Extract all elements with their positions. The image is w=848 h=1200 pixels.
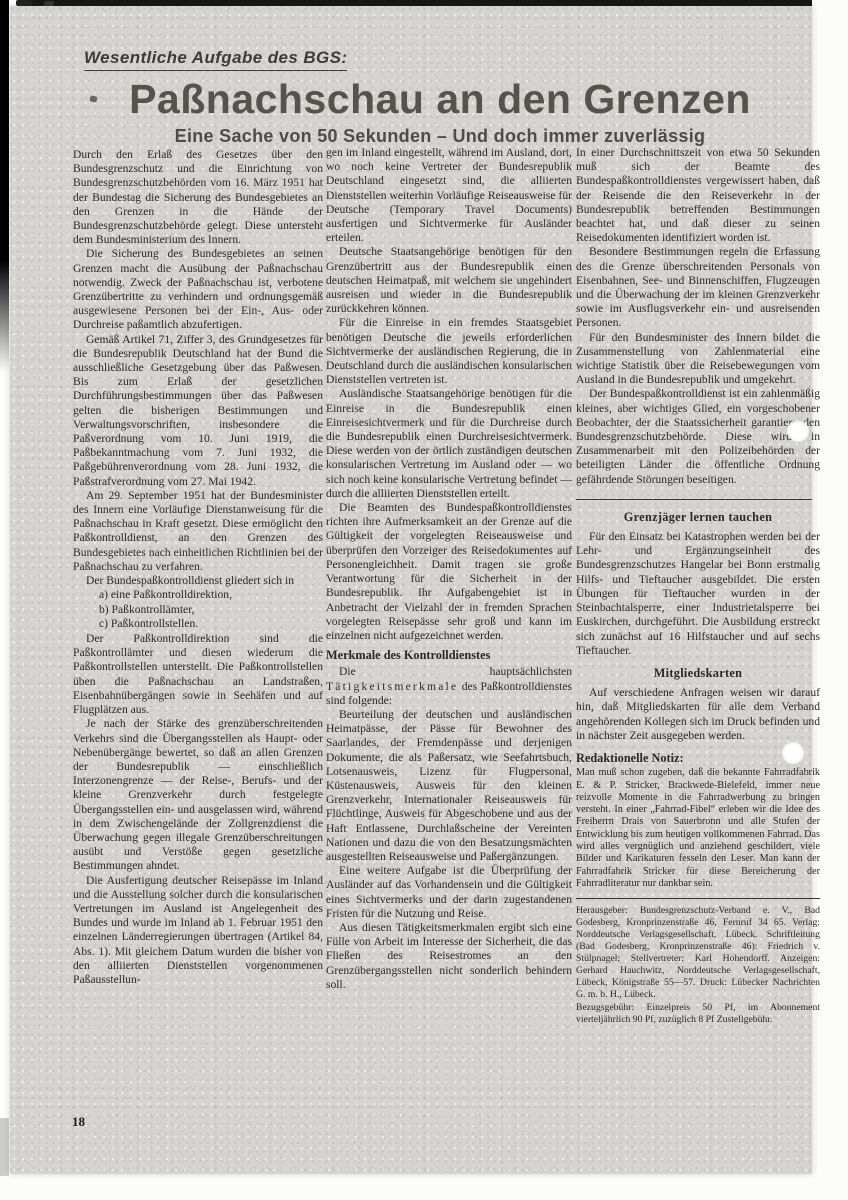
paragraph: Die Sicherung des Bundesgebietes an sein…	[73, 247, 323, 332]
imprint-publisher: Herausgeber: Bundesgrenzschutz-Verband e…	[576, 905, 820, 1000]
paragraph: Für die Einreise in ein fremdes Staatsge…	[326, 316, 572, 387]
paragraph: gen im Inland eingestellt, während im Au…	[326, 146, 572, 245]
paragraph: Die hauptsächlichsten Tätigkeitsmerkmale…	[326, 665, 572, 708]
paragraph: Der Bundespaßkontrolldienst ist ein zahl…	[576, 387, 820, 486]
column-1: Durch den Erlaß des Gesetzes über den Bu…	[73, 148, 323, 987]
section-heading-merkmale: Merkmale des Kontrolldienstes	[326, 648, 572, 662]
scan-edge-left-faint	[0, 1118, 9, 1176]
paragraph: Je nach der Stärke des grenzüberschreite…	[73, 717, 323, 873]
kicker: Wesentliche Aufgabe des BGS:	[84, 48, 347, 71]
paragraph: In einer Durchschnittszeit von etwa 50 S…	[576, 146, 820, 245]
ink-blot	[89, 95, 97, 102]
page-number: 18	[72, 1114, 85, 1130]
list-item: c) Paßkontrollstellen.	[73, 617, 323, 632]
intro-prefix: Die hauptsächlichsten	[339, 665, 572, 678]
paragraph: Man muß schon zugeben, daß die bekannte …	[576, 767, 820, 890]
scan-artifact	[44, 1, 54, 6]
paragraph: Für den Bundesminister des Innern bildet…	[576, 331, 820, 388]
imprint-price: Bezugsgebühr: Einzelpreis 50 Pf, im Abon…	[576, 1002, 820, 1026]
paragraph: Die Ausfertigung deutscher Reisepässe im…	[73, 874, 323, 988]
paragraph: Besondere Bestimmungen regeln die Erfass…	[576, 245, 820, 330]
paragraph: Auf verschiedene Anfragen weisen wir dar…	[576, 686, 820, 743]
paragraph: Für den Einsatz bei Katastrophen werden …	[576, 530, 820, 658]
paragraph: Ausländische Staatsangehörige benötigen …	[326, 387, 572, 501]
column-3: In einer Durchschnittszeit von etwa 50 S…	[576, 146, 820, 1026]
paragraph: Die Beamten des Bundespaßkontrolldienste…	[326, 501, 572, 643]
intro-spaced-word: Tätigkeitsmerkmale	[326, 680, 458, 693]
punch-hole	[787, 420, 809, 442]
paragraph: Durch den Erlaß des Gesetzes über den Bu…	[73, 148, 323, 247]
scan-edge-top	[24, 0, 812, 6]
paragraph: Der Bundespaßkontrolldienst gliedert sic…	[73, 574, 323, 588]
paragraph: Deutsche Staatsangehörige benötigen für …	[326, 245, 572, 316]
paragraph: Am 29. September 1951 hat der Bundesmini…	[73, 489, 323, 574]
scanned-magazine-page: { "colors": { "paper": "#d6d4d0", "ink":…	[0, 0, 848, 1200]
scan-edge-left	[0, 0, 9, 372]
list-item: a) eine Paßkontrolldirektion,	[73, 588, 323, 603]
section-heading-tauchen: Grenzjäger lernen tauchen	[576, 510, 820, 524]
scan-artifact	[16, 0, 32, 6]
paragraph: Gemäß Artikel 71, Ziffer 3, des Grundges…	[73, 333, 323, 489]
paragraph: Eine weitere Aufgabe ist die Überprüfung…	[326, 864, 572, 921]
paragraph: Der Paßkontrolldirektion sind die Paßkon…	[73, 632, 323, 717]
section-divider	[576, 499, 812, 500]
list-item: b) Paßkontrollämter,	[73, 603, 323, 618]
page-subtitle: Eine Sache von 50 Sekunden – Und doch im…	[110, 126, 770, 147]
imprint-divider	[576, 898, 820, 899]
paragraph: Aus diesen Tätigkeitsmerkmalen ergibt si…	[326, 921, 572, 992]
paragraph: Beurteilung der deutschen und ausländisc…	[326, 708, 572, 864]
paper-sheet: Wesentliche Aufgabe des BGS: Paßnachscha…	[10, 6, 812, 1174]
punch-hole	[782, 742, 804, 764]
page-title: Paßnachschau an den Grenzen	[110, 76, 770, 123]
column-2: gen im Inland eingestellt, während im Au…	[326, 146, 572, 992]
section-heading-mitgliedskarten: Mitgliedskarten	[576, 666, 820, 680]
